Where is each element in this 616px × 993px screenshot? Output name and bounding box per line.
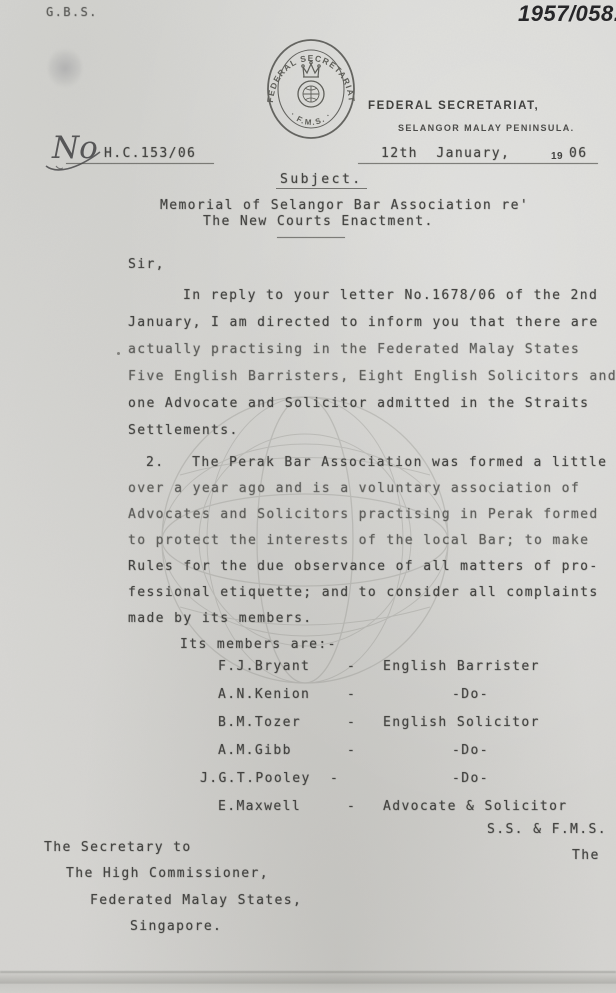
member-name: F.J.Bryant xyxy=(218,659,310,674)
body-line: one Advocate and Solicitor admitted in t… xyxy=(128,396,589,411)
svg-text:No: No xyxy=(51,130,98,166)
federal-secretariat-seal: FEDERAL SECRETARIAT · F.M.S. · xyxy=(262,35,360,143)
body-line: In reply to your letter No.1678/06 of th… xyxy=(183,288,598,303)
member-name: A.N.Kenion xyxy=(218,687,310,702)
body-line: Advocates and Solicitors practising in P… xyxy=(128,507,599,522)
footer-address-line: Federated Malay States, xyxy=(90,893,302,908)
member-row: A.M.Gibb - -Do- xyxy=(0,743,616,763)
member-row: E.Maxwell - Advocate & Solicitor xyxy=(0,799,616,819)
member-dash: - xyxy=(347,659,356,674)
subject-line-2: The New Courts Enactment. xyxy=(203,214,434,229)
salutation: Sir, xyxy=(128,257,165,272)
member-dash: - xyxy=(347,799,356,814)
member-role: -Do- xyxy=(383,771,558,786)
member-name: A.M.Gibb xyxy=(218,743,292,758)
ink-smudge xyxy=(48,48,82,88)
body-line: made by its members. xyxy=(128,611,313,626)
member-row: J.G.T.Pooley - -Do- xyxy=(0,771,616,791)
member-name: B.M.Tozer xyxy=(218,715,301,730)
footer-address-line: The High Commissioner, xyxy=(66,866,269,881)
member-role: Advocate & Solicitor xyxy=(383,799,558,814)
body-line: to protect the interests of the local Ba… xyxy=(128,533,589,548)
member-role: English Barrister xyxy=(383,659,558,674)
subject-heading: Subject. xyxy=(276,172,367,189)
member-name: E.Maxwell xyxy=(218,799,301,814)
ref-underline xyxy=(66,163,214,164)
member-role: -Do- xyxy=(383,687,558,702)
date-year: 06 xyxy=(569,146,587,161)
scanned-letter-page: G.B.S. 1957/058. FEDERAL SECRETARIAT · F… xyxy=(0,0,616,993)
reference-number: H.C.153/06 xyxy=(104,146,196,161)
member-role: -Do- xyxy=(383,743,558,758)
footer-address-line: The Secretary to xyxy=(44,840,192,855)
svg-text:· F.M.S. ·: · F.M.S. · xyxy=(289,110,334,127)
footer-address-line: Singapore. xyxy=(130,919,222,934)
body-line: Settlements. xyxy=(128,423,239,438)
member-dash: - xyxy=(347,687,356,702)
ink-speck xyxy=(117,352,120,355)
members-suffix: S.S. & F.M.S. xyxy=(487,822,607,837)
member-row: F.J.Bryant - English Barrister xyxy=(0,659,616,679)
date-underline xyxy=(358,163,598,164)
member-dash: - xyxy=(347,715,356,730)
top-left-file-code: G.B.S. xyxy=(46,5,98,19)
member-dash: - xyxy=(347,743,356,758)
letter-date: 12th January, xyxy=(381,146,510,161)
archive-reference-number: 1957/058. xyxy=(518,1,616,27)
body-line: Five English Barristers, Eight English S… xyxy=(128,369,616,384)
member-dash: - xyxy=(330,771,339,786)
member-name: J.G.T.Pooley xyxy=(200,771,311,786)
body-line: fessional etiquette; and to consider all… xyxy=(128,585,599,600)
subject-rule xyxy=(277,237,345,238)
subject-line-1: Memorial of Selangor Bar Association re' xyxy=(160,198,529,213)
member-row: B.M.Tozer - English Solicitor xyxy=(0,715,616,735)
letterhead-office: FEDERAL SECRETARIAT, xyxy=(368,100,539,112)
members-intro: Its members are:- xyxy=(180,637,337,652)
body-line: actually practising in the Federated Mal… xyxy=(128,342,580,357)
body-line: 2. The Perak Bar Association was formed … xyxy=(146,455,607,470)
catchword: The xyxy=(572,848,600,863)
member-row: A.N.Kenion - -Do- xyxy=(0,687,616,707)
letterhead-region: SELANGOR MALAY PENINSULA. xyxy=(398,123,575,133)
body-line: over a year ago and is a voluntary assoc… xyxy=(128,481,580,496)
date-year-prefix: 19 xyxy=(551,151,563,162)
page-edge-shadow xyxy=(0,971,616,993)
body-line: Rules for the due observance of all matt… xyxy=(128,559,599,574)
member-role: English Solicitor xyxy=(383,715,558,730)
body-line: January, I am directed to inform you tha… xyxy=(128,315,599,330)
